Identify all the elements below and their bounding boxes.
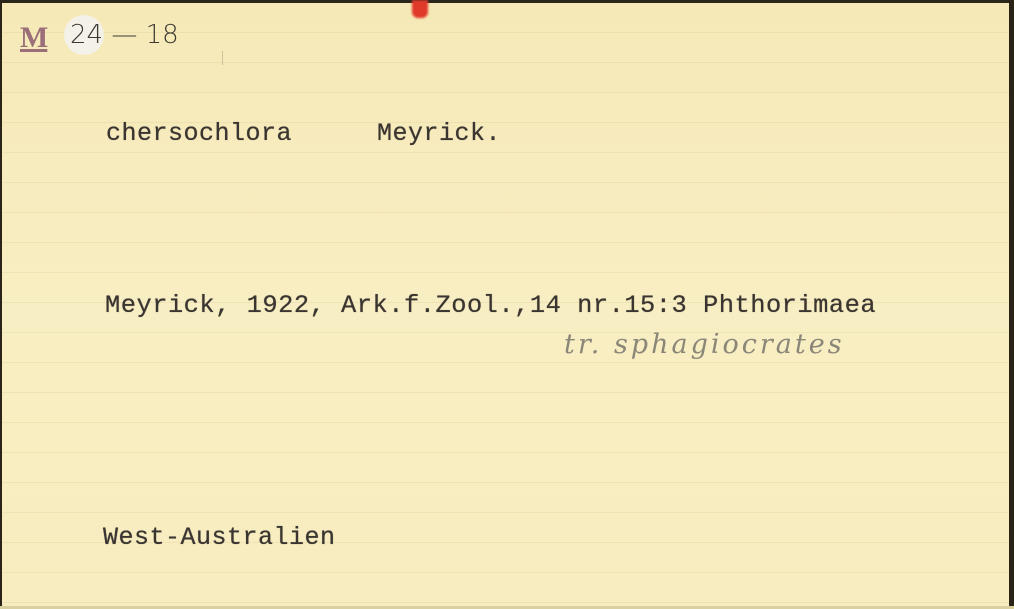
card-right-edge: [1009, 0, 1014, 609]
stamp-letter: M: [20, 21, 47, 55]
locality: West-Australien: [103, 523, 336, 552]
red-tab-marker: [412, 0, 428, 18]
faint-mark: [222, 51, 223, 65]
index-card: M 24 — 18 chersochlora Meyrick. Meyrick,…: [0, 3, 1012, 606]
species-name: chersochlora: [106, 119, 292, 148]
pencil-annotation: tr. sphagiocrates: [564, 329, 845, 360]
catalog-number: 24 — 18: [70, 20, 179, 50]
citation-line: Meyrick, 1922, Ark.f.Zool.,14 nr.15:3 Ph…: [105, 291, 876, 320]
species-author: Meyrick.: [377, 119, 501, 148]
